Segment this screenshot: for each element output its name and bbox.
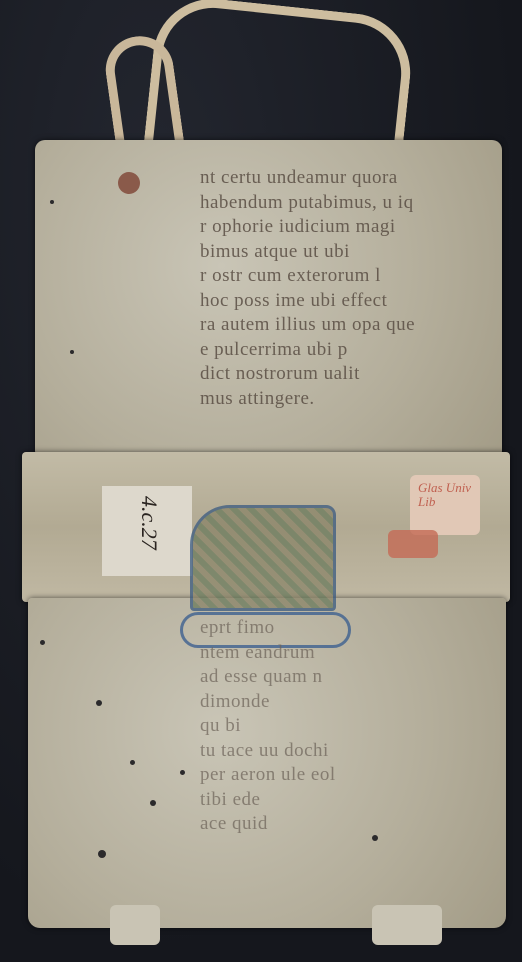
text-line: mus attingere.: [200, 387, 500, 412]
leather-tie-bottom-left: [110, 905, 160, 945]
manuscript-text-top: nt certu undeamur quora habendum putabim…: [200, 166, 500, 411]
text-line: e pulcerrima ubi p: [200, 338, 500, 363]
wormhole: [180, 770, 185, 775]
text-line: per aeron ule eol: [200, 763, 500, 788]
text-line: r ophorie iudicium magi: [200, 215, 500, 240]
library-stamp: Glas Univ Lib: [410, 475, 480, 535]
text-line: dimonde: [200, 690, 500, 715]
text-line: tibi ede: [200, 788, 500, 813]
leather-tie-bottom-right: [372, 905, 442, 945]
text-line: nt certu undeamur quora: [200, 166, 500, 191]
wormhole: [130, 760, 135, 765]
wormhole: [98, 850, 106, 858]
illuminated-initial: [190, 505, 336, 611]
red-seal-residue: [388, 530, 438, 558]
wormhole: [96, 700, 102, 706]
text-line: tu tace uu dochi: [200, 739, 500, 764]
stain: [118, 172, 140, 194]
wormhole: [70, 350, 74, 354]
shelfmark-text: 4.c.27: [136, 496, 162, 550]
text-line: ad esse quam n: [200, 665, 500, 690]
wormhole: [50, 200, 54, 204]
text-line: qu bi: [200, 714, 500, 739]
wormhole: [372, 835, 378, 841]
text-line: habendum putabimus, u iq: [200, 191, 500, 216]
text-line: ace quid: [200, 812, 500, 837]
shelfmark-label: 4.c.27: [102, 486, 192, 576]
text-line: eprt fimo: [200, 616, 500, 641]
stamp-text: Glas Univ Lib: [418, 481, 480, 509]
text-line: ntem eandrum: [200, 641, 500, 666]
text-line: hoc poss ime ubi effect: [200, 289, 500, 314]
text-line: bimus atque ut ubi: [200, 240, 500, 265]
text-line: ra autem illius um opa que: [200, 313, 500, 338]
wormhole: [150, 800, 156, 806]
text-line: r ostr cum exterorum l: [200, 264, 500, 289]
text-line: dict nostrorum ualit: [200, 362, 500, 387]
manuscript-text-bottom: eprt fimo ntem eandrum ad esse quam n di…: [200, 616, 500, 837]
wormhole: [40, 640, 45, 645]
